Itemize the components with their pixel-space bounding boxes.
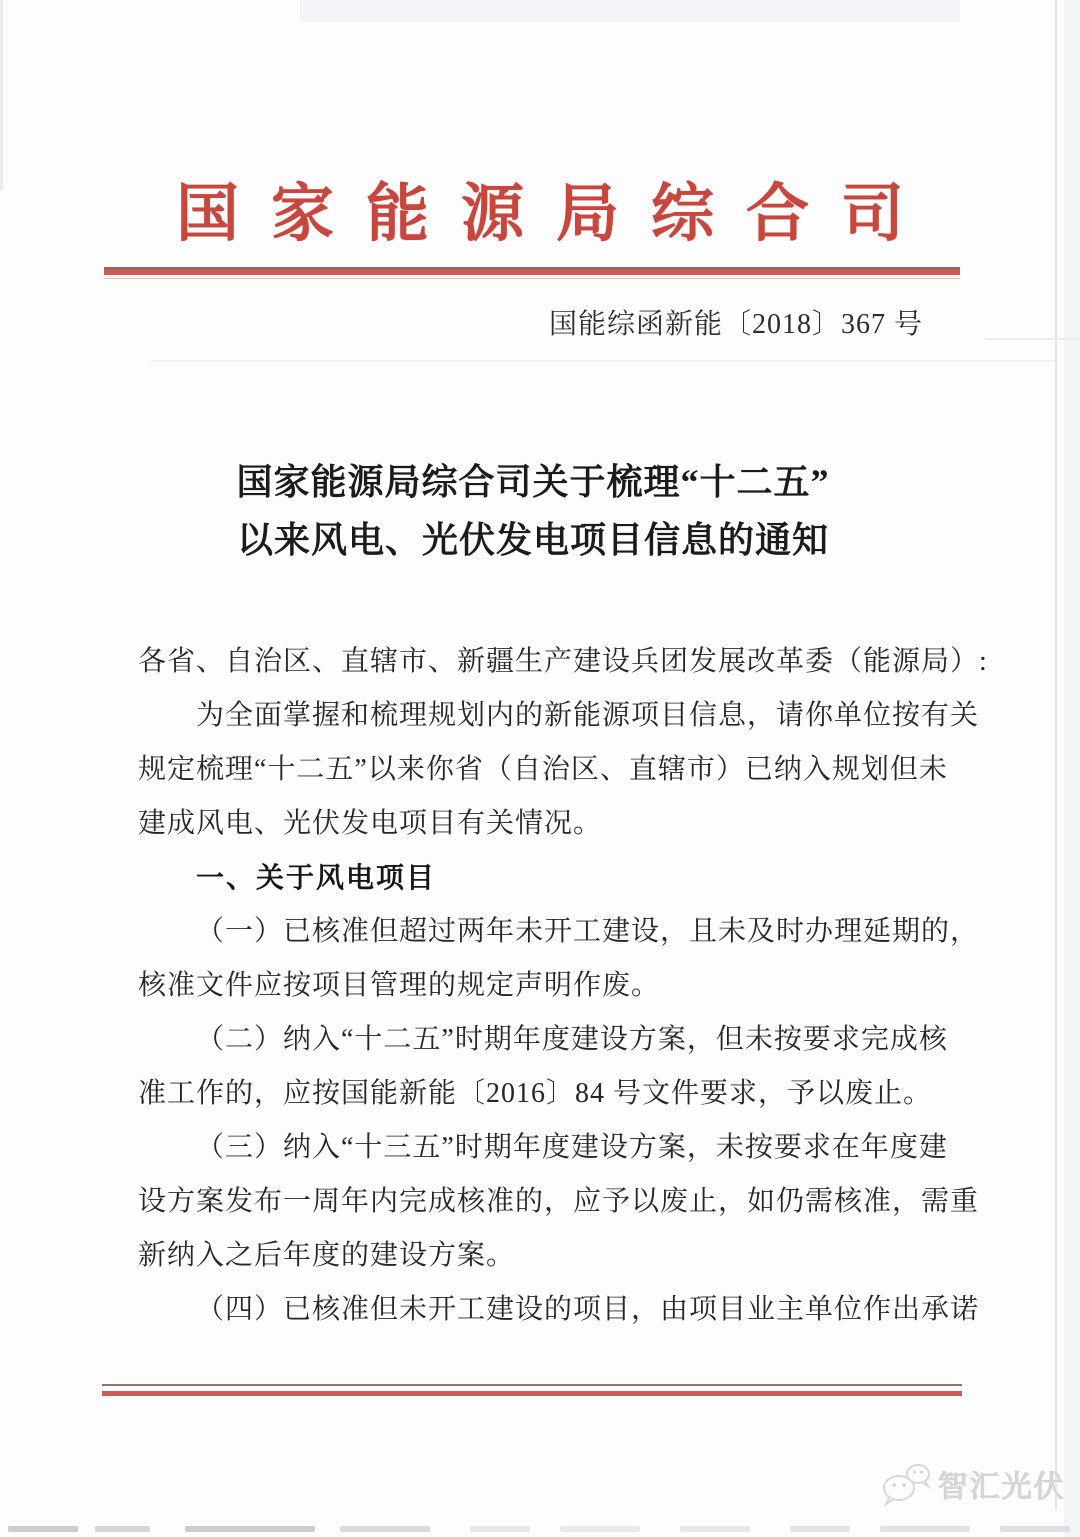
wechat-icon — [880, 1461, 932, 1507]
document-body: 各省、自治区、直辖市、新疆生产建设兵团发展改革委（能源局）: 为全面掌握和梳理规… — [138, 635, 954, 1337]
scan-faint-line — [150, 360, 1055, 362]
body-line: 为全面掌握和梳理规划内的新能源项目信息，请你单位按有关 — [138, 689, 954, 743]
body-line: 规定梳理“十二五”以来你省（自治区、直辖市）已纳入规划但未 — [138, 743, 954, 797]
section-heading-wind-projects: 一、关于风电项目 — [138, 851, 954, 905]
body-line-item-3: （三）纳入“十三五”时期年度建设方案，未按要求在年度建 — [138, 1121, 954, 1175]
scan-left-edge — [0, 0, 3, 190]
body-line: 准工作的，应按国能新能〔2016〕84 号文件要求，予以废止。 — [138, 1067, 954, 1121]
red-rule-bottom — [102, 1384, 962, 1396]
watermark: 智汇光伏 — [880, 1458, 1070, 1510]
scan-faint-line — [985, 338, 1080, 340]
agency-header-title: 国家能源局综合司 — [0, 183, 1080, 246]
document-title-line1: 国家能源局综合司关于梳理“十二五” — [0, 453, 1066, 511]
body-line-salutation: 各省、自治区、直辖市、新疆生产建设兵团发展改革委（能源局）: — [138, 635, 954, 689]
red-rule-top — [104, 267, 960, 279]
document-title: 国家能源局综合司关于梳理“十二五” 以来风电、光伏发电项目信息的通知 — [0, 453, 1066, 569]
body-line-item-2: （二）纳入“十二五”时期年度建设方案，但未按要求完成核 — [138, 1013, 954, 1067]
body-line: 建成风电、光伏发电项目有关情况。 — [138, 797, 954, 851]
watermark-text: 智汇光伏 — [938, 1462, 1066, 1506]
body-line: 新纳入之后年度的建设方案。 — [138, 1229, 954, 1283]
scanned-document-page: 国家能源局综合司 国能综函新能〔2018〕367 号 国家能源局综合司关于梳理“… — [0, 0, 1080, 1537]
scan-top-tint — [300, 0, 960, 22]
body-line-item-1: （一）已核准但超过两年未开工建设，且未及时办理延期的， — [138, 905, 954, 959]
document-title-line2: 以来风电、光伏发电项目信息的通知 — [0, 511, 1066, 569]
body-line: 核准文件应按项目管理的规定声明作废。 — [138, 959, 954, 1013]
document-number: 国能综函新能〔2018〕367 号 — [549, 302, 923, 342]
body-line: 设方案发布一周年内完成核准的，应予以废止，如仍需核准，需重 — [138, 1175, 954, 1229]
scan-bottom-edge-marks — [0, 1524, 1080, 1537]
body-line-item-4: （四）已核准但未开工建设的项目，由项目业主单位作出承诺 — [138, 1283, 954, 1337]
